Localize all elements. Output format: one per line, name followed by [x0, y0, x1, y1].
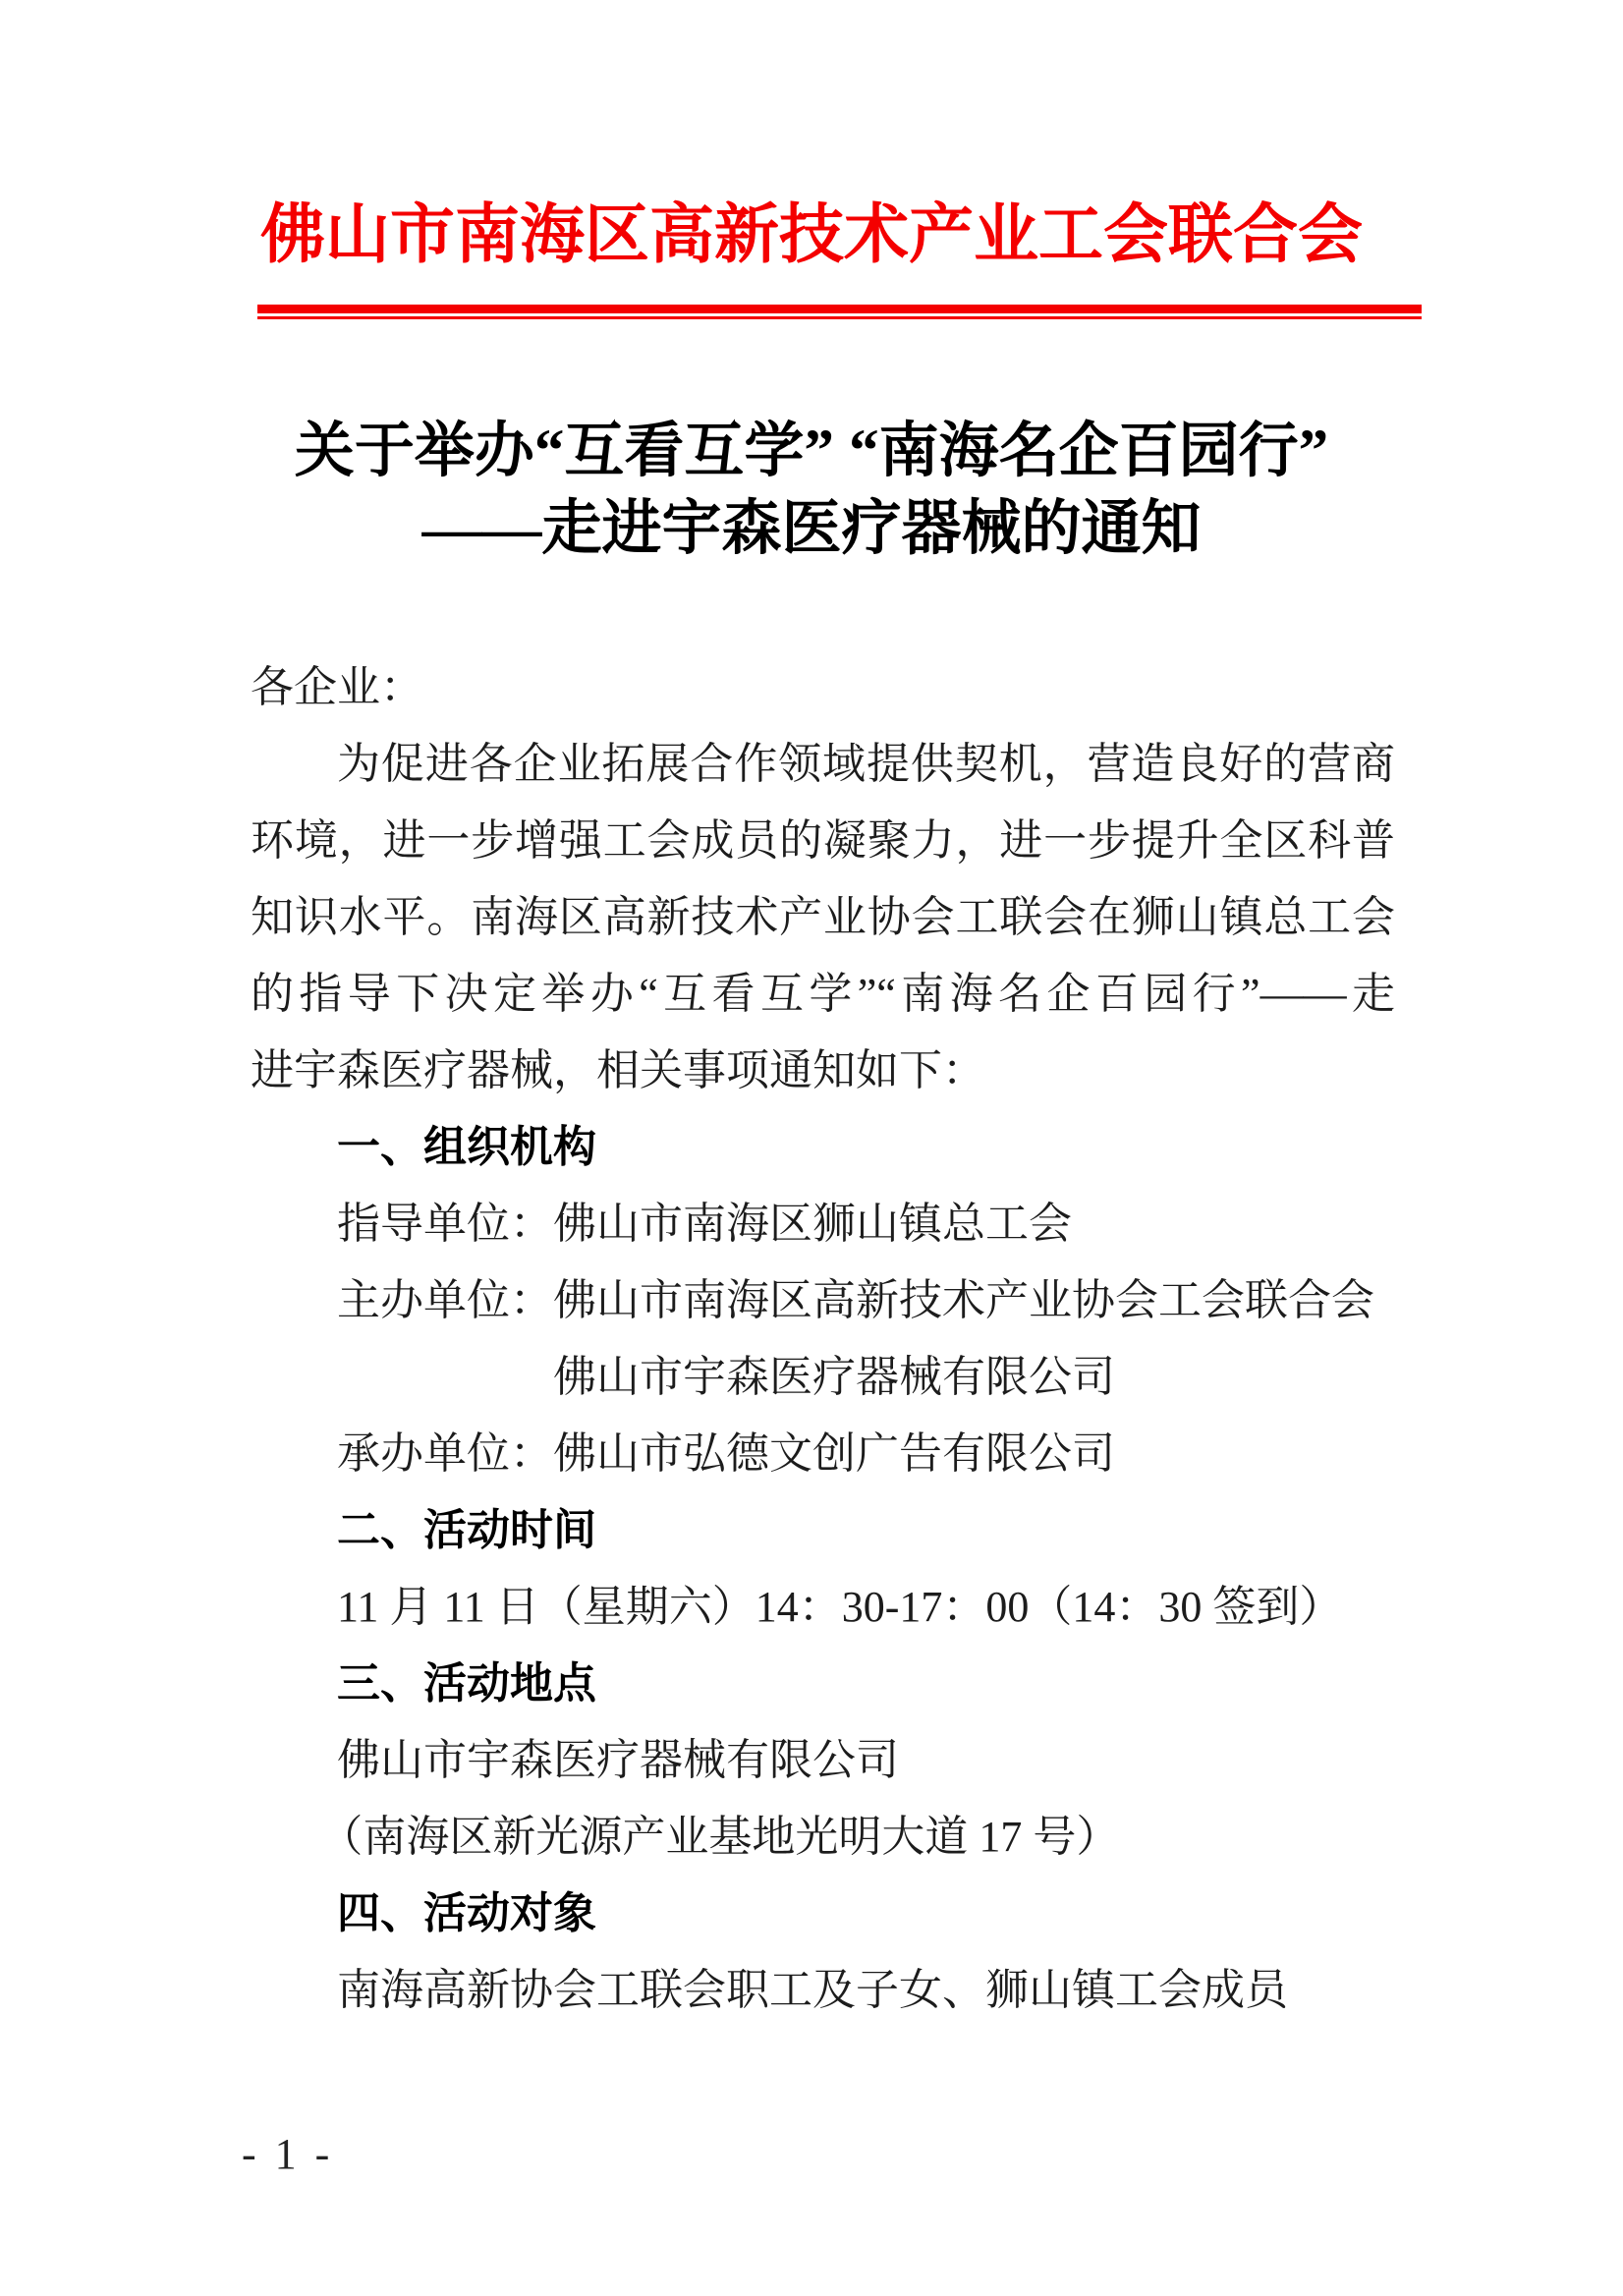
section-heading: 四、活动对象 [251, 1876, 1395, 1952]
body-line: 知识水平。南海区高新技术产业协会工联会在狮山镇总工会 [251, 879, 1395, 956]
body-line: 环境，进一步增强工会成员的凝聚力，进一步提升全区科普 [251, 803, 1395, 879]
body-line: 佛山市宇森医疗器械有限公司 [251, 1722, 1395, 1799]
body-line: 各企业： [251, 649, 1395, 726]
body-line: 指导单位：佛山市南海区狮山镇总工会 [251, 1186, 1395, 1262]
body-line: 为促进各企业拓展合作领域提供契机，营造良好的营商 [251, 726, 1395, 803]
body-line: （南海区新光源产业基地光明大道 17 号） [251, 1799, 1395, 1876]
body-line: 主办单位：佛山市南海区高新技术产业协会工会联合会 [251, 1262, 1395, 1339]
section-heading: 一、组织机构 [251, 1109, 1395, 1186]
document-title: 关于举办“互看互学” “南海名企百园行” ——走进宇森医疗器械的通知 [0, 413, 1623, 568]
body-line: 11 月 11 日（星期六）14：30-17：00（14：30 签到） [251, 1569, 1395, 1646]
letterhead-divider [257, 305, 1422, 319]
document-body: 各企业：为促进各企业拓展合作领域提供契机，营造良好的营商环境，进一步增强工会成员… [251, 649, 1395, 2029]
divider-thick-line [257, 305, 1422, 313]
letterhead-title: 佛山市南海区高新技术产业工会联合会 [0, 199, 1623, 272]
divider-thin-line [257, 316, 1422, 319]
body-line: 承办单位：佛山市弘德文创广告有限公司 [251, 1416, 1395, 1492]
body-line: 的指导下决定举办“互看互学”“南海名企百园行”——走 [251, 956, 1395, 1033]
body-line: 进宇森医疗器械，相关事项通知如下： [251, 1033, 1395, 1109]
section-heading: 二、活动时间 [251, 1492, 1395, 1569]
section-heading: 三、活动地点 [251, 1646, 1395, 1722]
body-line: 佛山市宇森医疗器械有限公司 [251, 1339, 1395, 1416]
document-title-line2: ——走进宇森医疗器械的通知 [0, 490, 1623, 568]
body-line: 南海高新协会工联会职工及子女、狮山镇工会成员 [251, 1952, 1395, 2029]
page-number: - 1 - [242, 2130, 333, 2179]
document-page: 佛山市南海区高新技术产业工会联合会 关于举办“互看互学” “南海名企百园行” —… [0, 0, 1623, 2296]
document-title-line1: 关于举办“互看互学” “南海名企百园行” [0, 413, 1623, 490]
